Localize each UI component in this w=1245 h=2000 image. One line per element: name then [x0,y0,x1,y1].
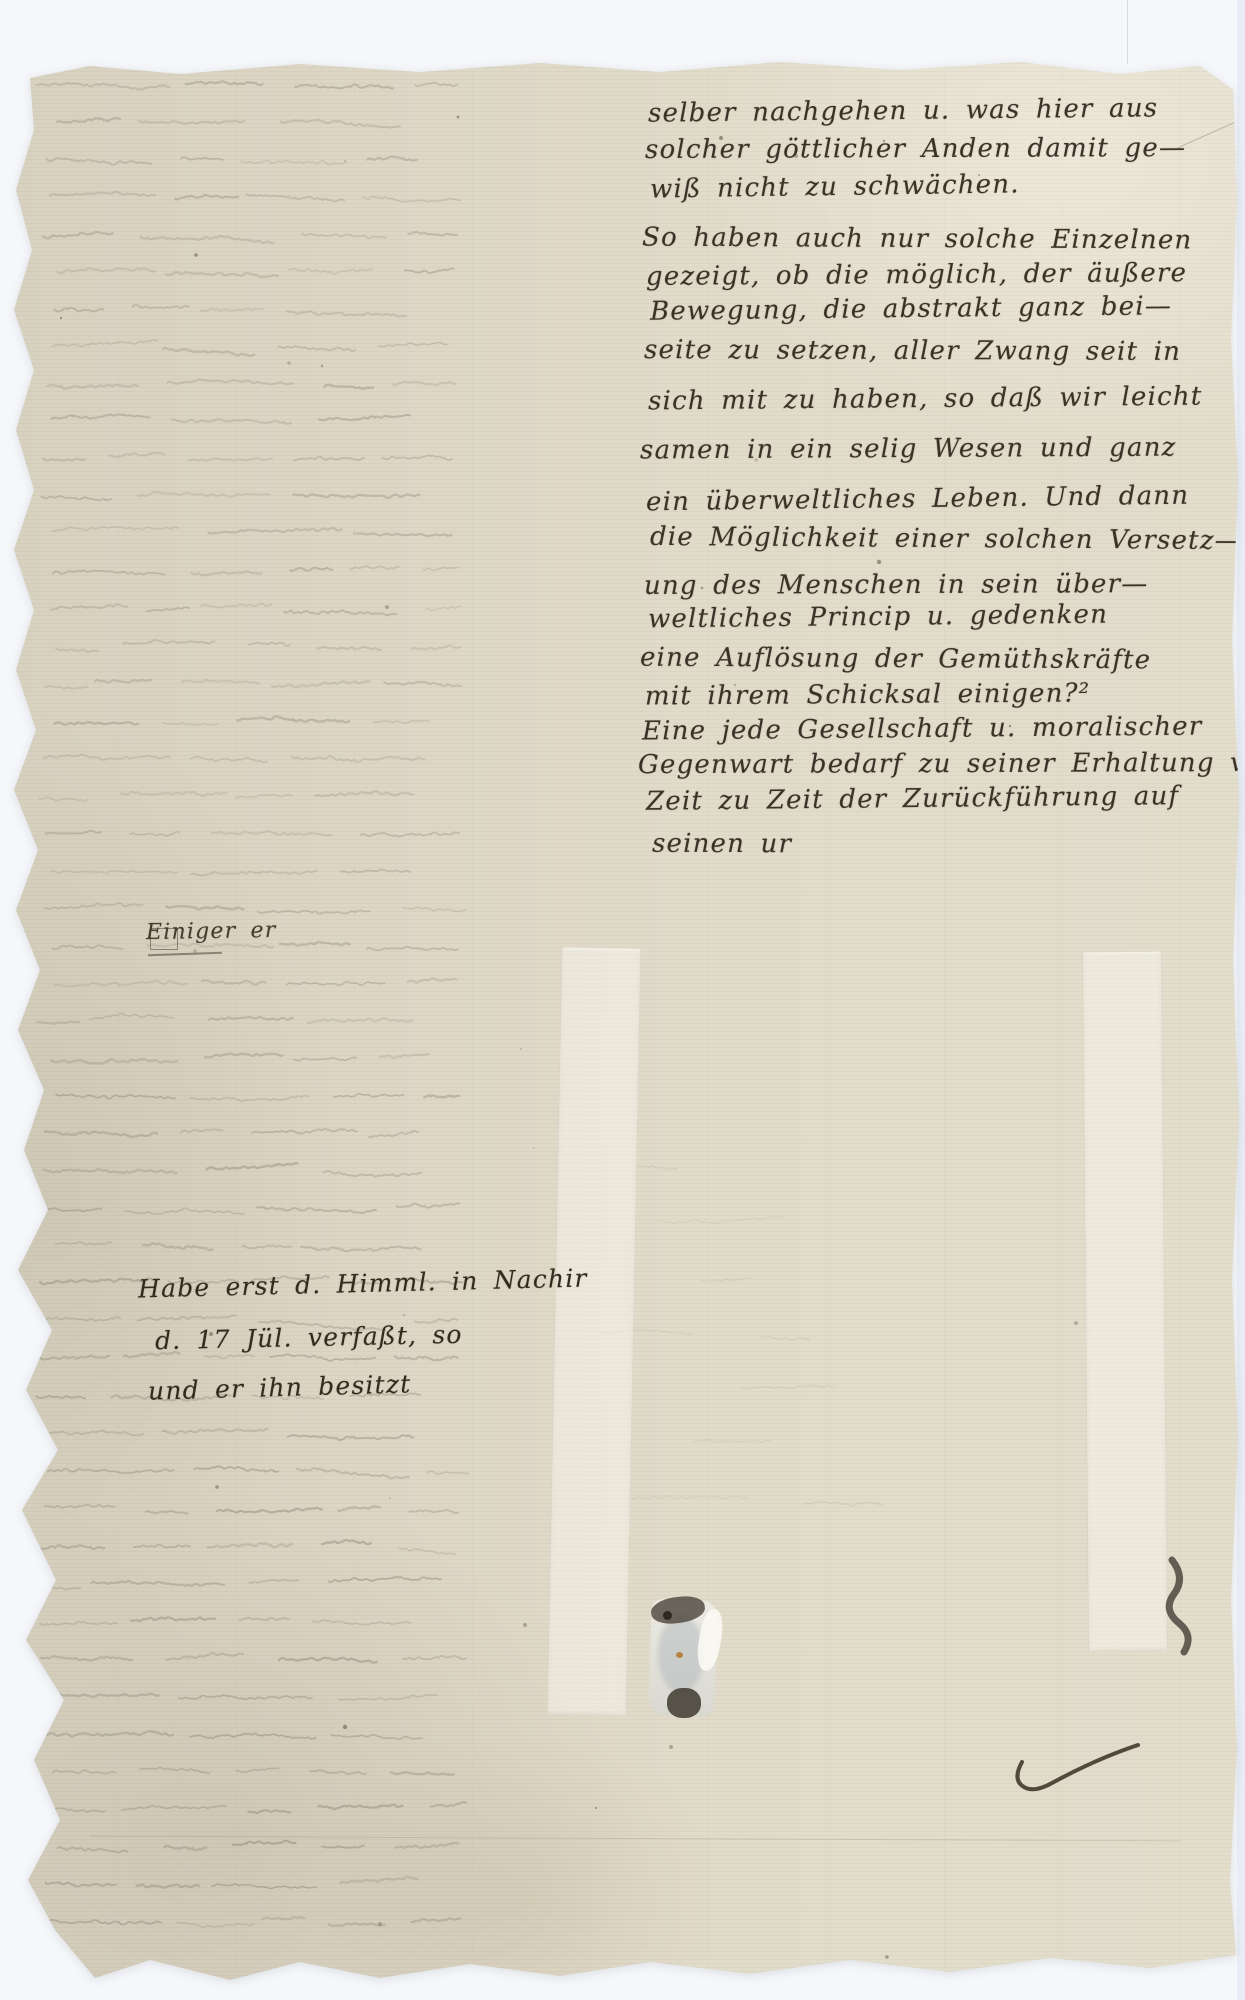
scan-stage: selber nachgehen u. was hier aus solcher… [0,0,1245,2000]
paper-surface: selber nachgehen u. was hier aus solcher… [0,0,1245,2000]
manuscript-sheet: selber nachgehen u. was hier aus solcher… [0,0,1245,2000]
ink-flourish [0,0,1245,2000]
